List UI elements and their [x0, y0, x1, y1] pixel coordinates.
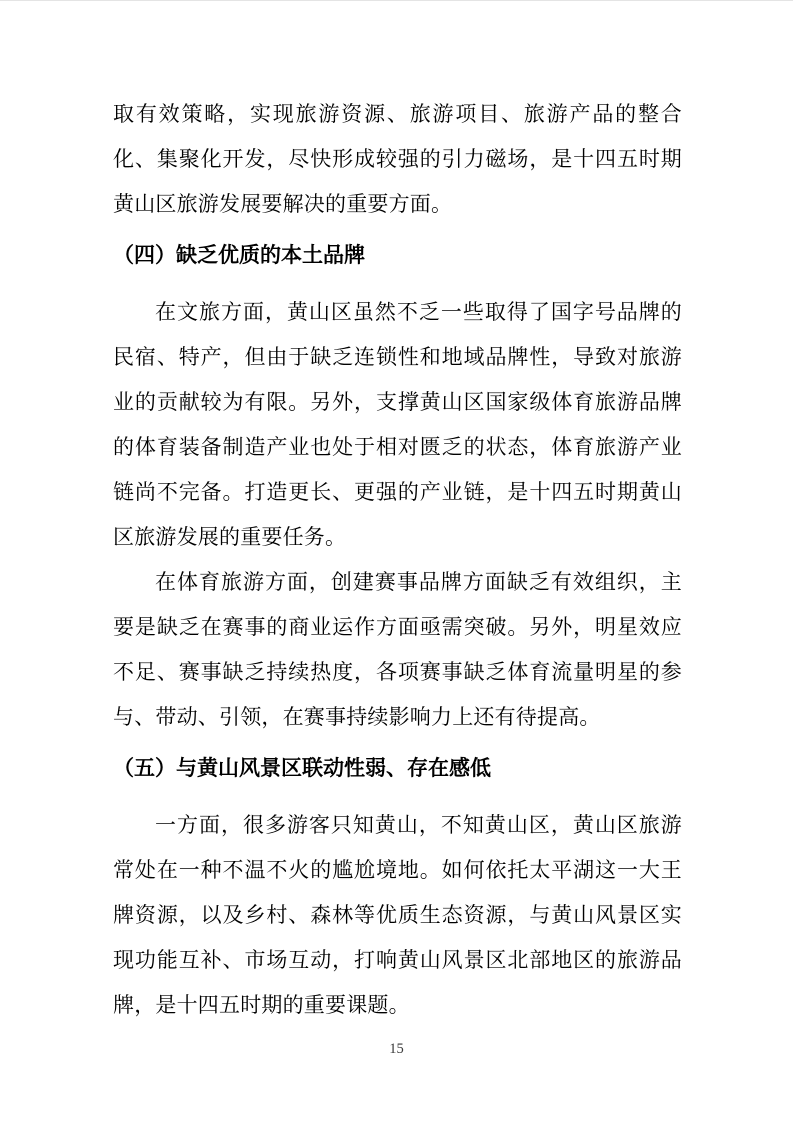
section-heading-four: （四）缺乏优质的本土品牌 — [113, 233, 682, 278]
paragraph-culture-tourism: 在文旅方面，黄山区虽然不乏一些取得了国字号品牌的民宿、特产，但由于缺乏连锁性和地… — [113, 290, 682, 560]
page-content: 取有效策略，实现旅游资源、旅游项目、旅游产品的整合化、集聚化开发，尽快形成较强的… — [113, 92, 682, 1028]
paragraph-scenic-area-linkage: 一方面，很多游客只知黄山，不知黄山区，黄山区旅游常处在一种不温不火的尴尬境地。如… — [113, 803, 682, 1028]
section-heading-five: （五）与黄山风景区联动性弱、存在感低 — [113, 746, 682, 791]
page-number: 15 — [0, 1039, 793, 1059]
document-page: 取有效策略，实现旅游资源、旅游项目、旅游产品的整合化、集聚化开发，尽快形成较强的… — [0, 0, 793, 1122]
paragraph-continuation: 取有效策略，实现旅游资源、旅游项目、旅游产品的整合化、集聚化开发，尽快形成较强的… — [113, 92, 682, 227]
paragraph-sports-tourism: 在体育旅游方面，创建赛事品牌方面缺乏有效组织，主要是缺乏在赛事的商业运作方面亟需… — [113, 560, 682, 740]
